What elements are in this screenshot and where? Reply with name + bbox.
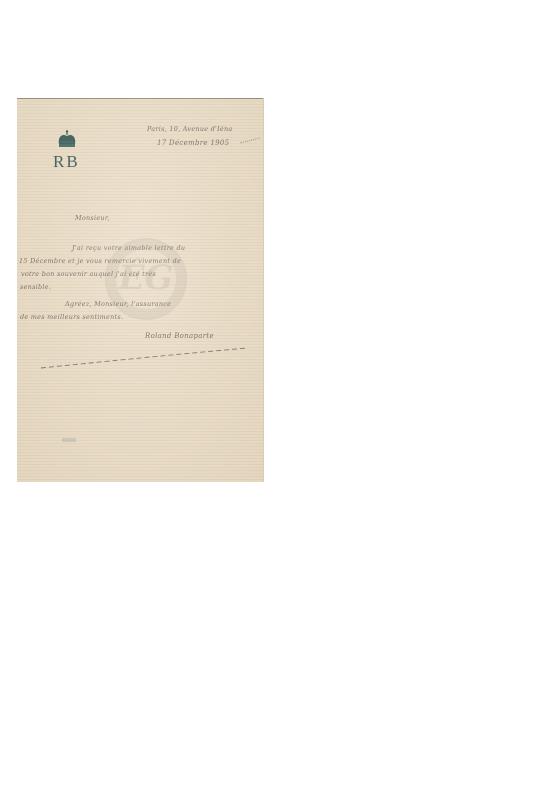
letter-paper: ÉG RB Paris, 10, Avenue d'Iéna 17 Décemb… — [17, 98, 263, 482]
letterhead-address: Paris, 10, Avenue d'Iéna — [147, 125, 233, 133]
date-flourish — [240, 138, 260, 144]
body-line: Agréez, Monsieur, l'assurance — [65, 300, 171, 308]
body-line: sensible. — [20, 283, 51, 291]
faint-mark — [62, 438, 76, 442]
body-line: 15 Décembre et je vous remercie vivement… — [19, 257, 181, 265]
letterhead-monogram: RB — [53, 152, 80, 172]
body-line: votre bon souvenir auquel j'ai été très — [21, 270, 156, 278]
body-line: J'ai reçu votre aimable lettre du — [72, 244, 185, 252]
signature-flourish — [39, 346, 249, 372]
signature: Roland Bonaparte — [145, 332, 214, 340]
body-line: de mes meilleurs sentiments. — [20, 313, 123, 321]
salutation: Monsieur, — [75, 214, 110, 222]
letter-date: 17 Décembre 1905 — [157, 139, 229, 147]
crown-icon — [57, 130, 77, 148]
